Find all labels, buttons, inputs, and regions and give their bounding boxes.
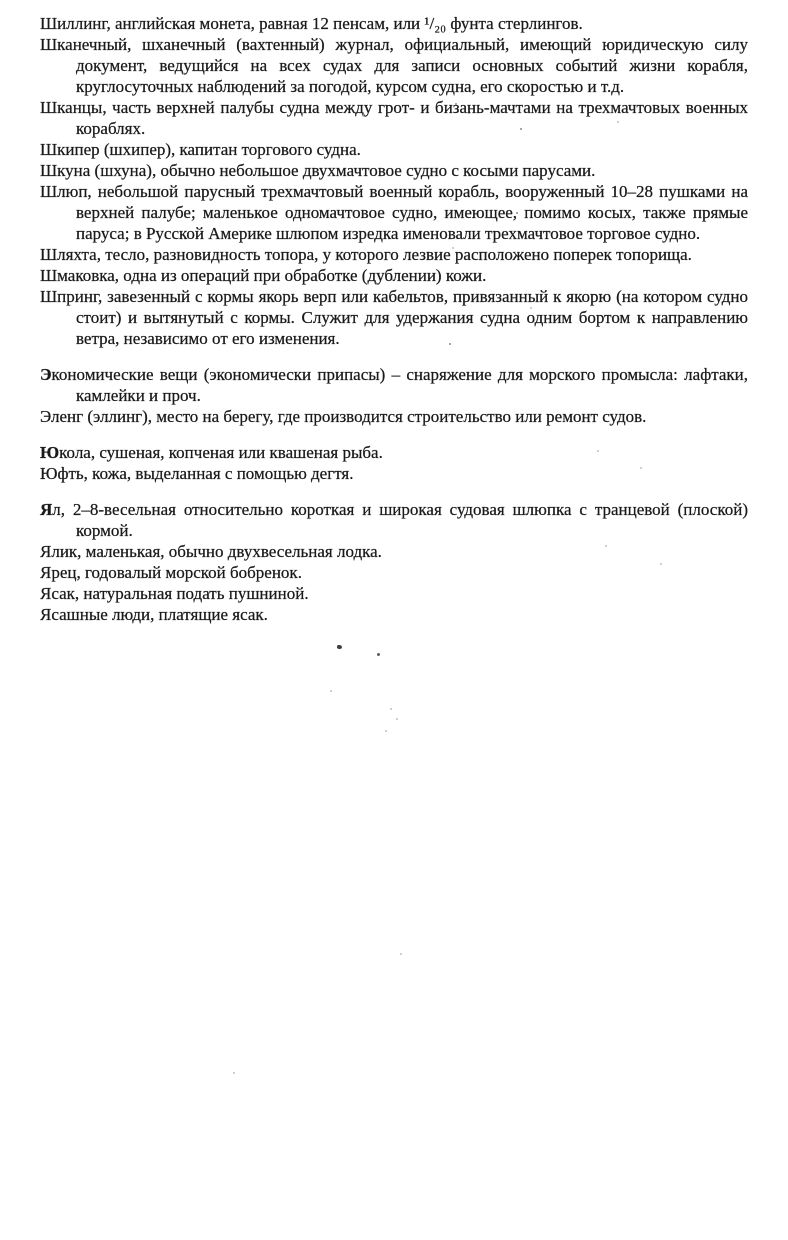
entry-lead-letter: Я <box>40 500 52 519</box>
scan-speckle <box>377 653 380 656</box>
entry-text: Ялик, маленькая, обычно двухвесельная ло… <box>40 542 382 561</box>
scan-speckle <box>233 1072 235 1074</box>
scanned-document-page: Шиллинг, английская монета, равная 12 пе… <box>0 0 788 1240</box>
glossary-entry: Юфть, кожа, выделанная с помощью дегтя. <box>40 463 748 484</box>
scan-speckle <box>452 247 454 249</box>
entry-text: кола, сушеная, копченая или квашеная рыб… <box>59 443 383 462</box>
scan-speckle <box>737 505 739 507</box>
glossary-entry: Ял, 2–8-весельная относительно короткая … <box>40 499 748 541</box>
entry-text: Шмаковка, одна из операций при обработке… <box>40 266 486 285</box>
glossary-entry: Шиллинг, английская монета, равная 12 пе… <box>40 13 748 34</box>
entry-text: Шканечный, шханечный (вахтенный) журнал,… <box>40 35 748 96</box>
entry-lead-letter: Э <box>40 365 52 384</box>
glossary-entry: Шлюп, небольшой парусный трехмачтовый во… <box>40 181 748 244</box>
scan-speckle <box>396 718 398 720</box>
scan-speckle <box>447 372 449 374</box>
scan-speckle <box>330 690 332 692</box>
scan-speckle <box>385 730 387 732</box>
glossary-entry: Шляхта, тесло, разновидность топора, у к… <box>40 244 748 265</box>
scan-speckle <box>468 112 470 114</box>
glossary-entry: Шпринг, завезенный с кормы якорь верп ил… <box>40 286 748 349</box>
scan-speckle <box>390 708 392 710</box>
scan-speckle <box>520 128 522 130</box>
entry-text: Шкипер (шхипер), капитан торгового судна… <box>40 140 361 159</box>
glossary-entry: Шканечный, шханечный (вахтенный) журнал,… <box>40 34 748 97</box>
entry-text: Шпринг, завезенный с кормы якорь верп ил… <box>40 287 748 348</box>
scan-speckle <box>450 198 452 200</box>
scan-speckle <box>449 343 451 345</box>
scan-speckle <box>610 414 612 416</box>
glossary-text-block: Шиллинг, английская монета, равная 12 пе… <box>40 13 748 625</box>
entry-text: Ясак, натуральная подать пушниной. <box>40 584 309 603</box>
glossary-entry: Шканцы, часть верхней палубы судна между… <box>40 97 748 139</box>
entry-text: Ярец, годовалый морской бобренок. <box>40 563 302 582</box>
scan-speckle <box>605 545 607 547</box>
entry-text: Юфть, кожа, выделанная с помощью дегтя. <box>40 464 353 483</box>
scan-speckle <box>400 953 402 955</box>
glossary-entry: Ялик, маленькая, обычно двухвесельная ло… <box>40 541 748 562</box>
scan-speckle <box>640 467 642 469</box>
glossary-entry: Эленг (эллинг), место на берегу, где про… <box>40 406 748 427</box>
entry-text: Эленг (эллинг), место на берегу, где про… <box>40 407 646 426</box>
glossary-entry: Шкуна (шхуна), обычно небольшое двухмачт… <box>40 160 748 181</box>
entry-text: кономические вещи (экономически припасы)… <box>52 365 748 405</box>
entry-text: Шлюп, небольшой парусный трехмачтовый во… <box>40 182 748 243</box>
scan-speckle <box>337 645 342 649</box>
scan-speckle <box>617 121 619 123</box>
entry-lead-letter: Ю <box>40 443 59 462</box>
entry-text: Шканцы, часть верхней палубы судна между… <box>40 98 748 138</box>
entry-text: Шиллинг, английская монета, равная 12 пе… <box>40 14 583 33</box>
entry-text: Шляхта, тесло, разновидность топора, у к… <box>40 245 692 264</box>
glossary-entry: Ясак, натуральная подать пушниной. <box>40 583 748 604</box>
entry-text: Шкуна (шхуна), обычно небольшое двухмачт… <box>40 161 595 180</box>
glossary-entry: Юкола, сушеная, копченая или квашеная ры… <box>40 442 748 463</box>
scan-speckle <box>516 212 518 214</box>
glossary-entry: Ясашные люди, платящие ясак. <box>40 604 748 625</box>
entry-text: Ясашные люди, платящие ясак. <box>40 605 268 624</box>
glossary-entry: Шкипер (шхипер), капитан торгового судна… <box>40 139 748 160</box>
glossary-entry: Шмаковка, одна из операций при обработке… <box>40 265 748 286</box>
scan-speckle <box>660 563 662 565</box>
scan-speckle <box>530 307 532 309</box>
entry-text: л, 2–8-весельная относительно короткая и… <box>52 500 748 540</box>
scan-speckle <box>597 450 599 452</box>
scan-speckle <box>455 103 457 105</box>
glossary-entry: Ярец, годовалый морской бобренок. <box>40 562 748 583</box>
glossary-entry: Экономические вещи (экономически припасы… <box>40 364 748 406</box>
